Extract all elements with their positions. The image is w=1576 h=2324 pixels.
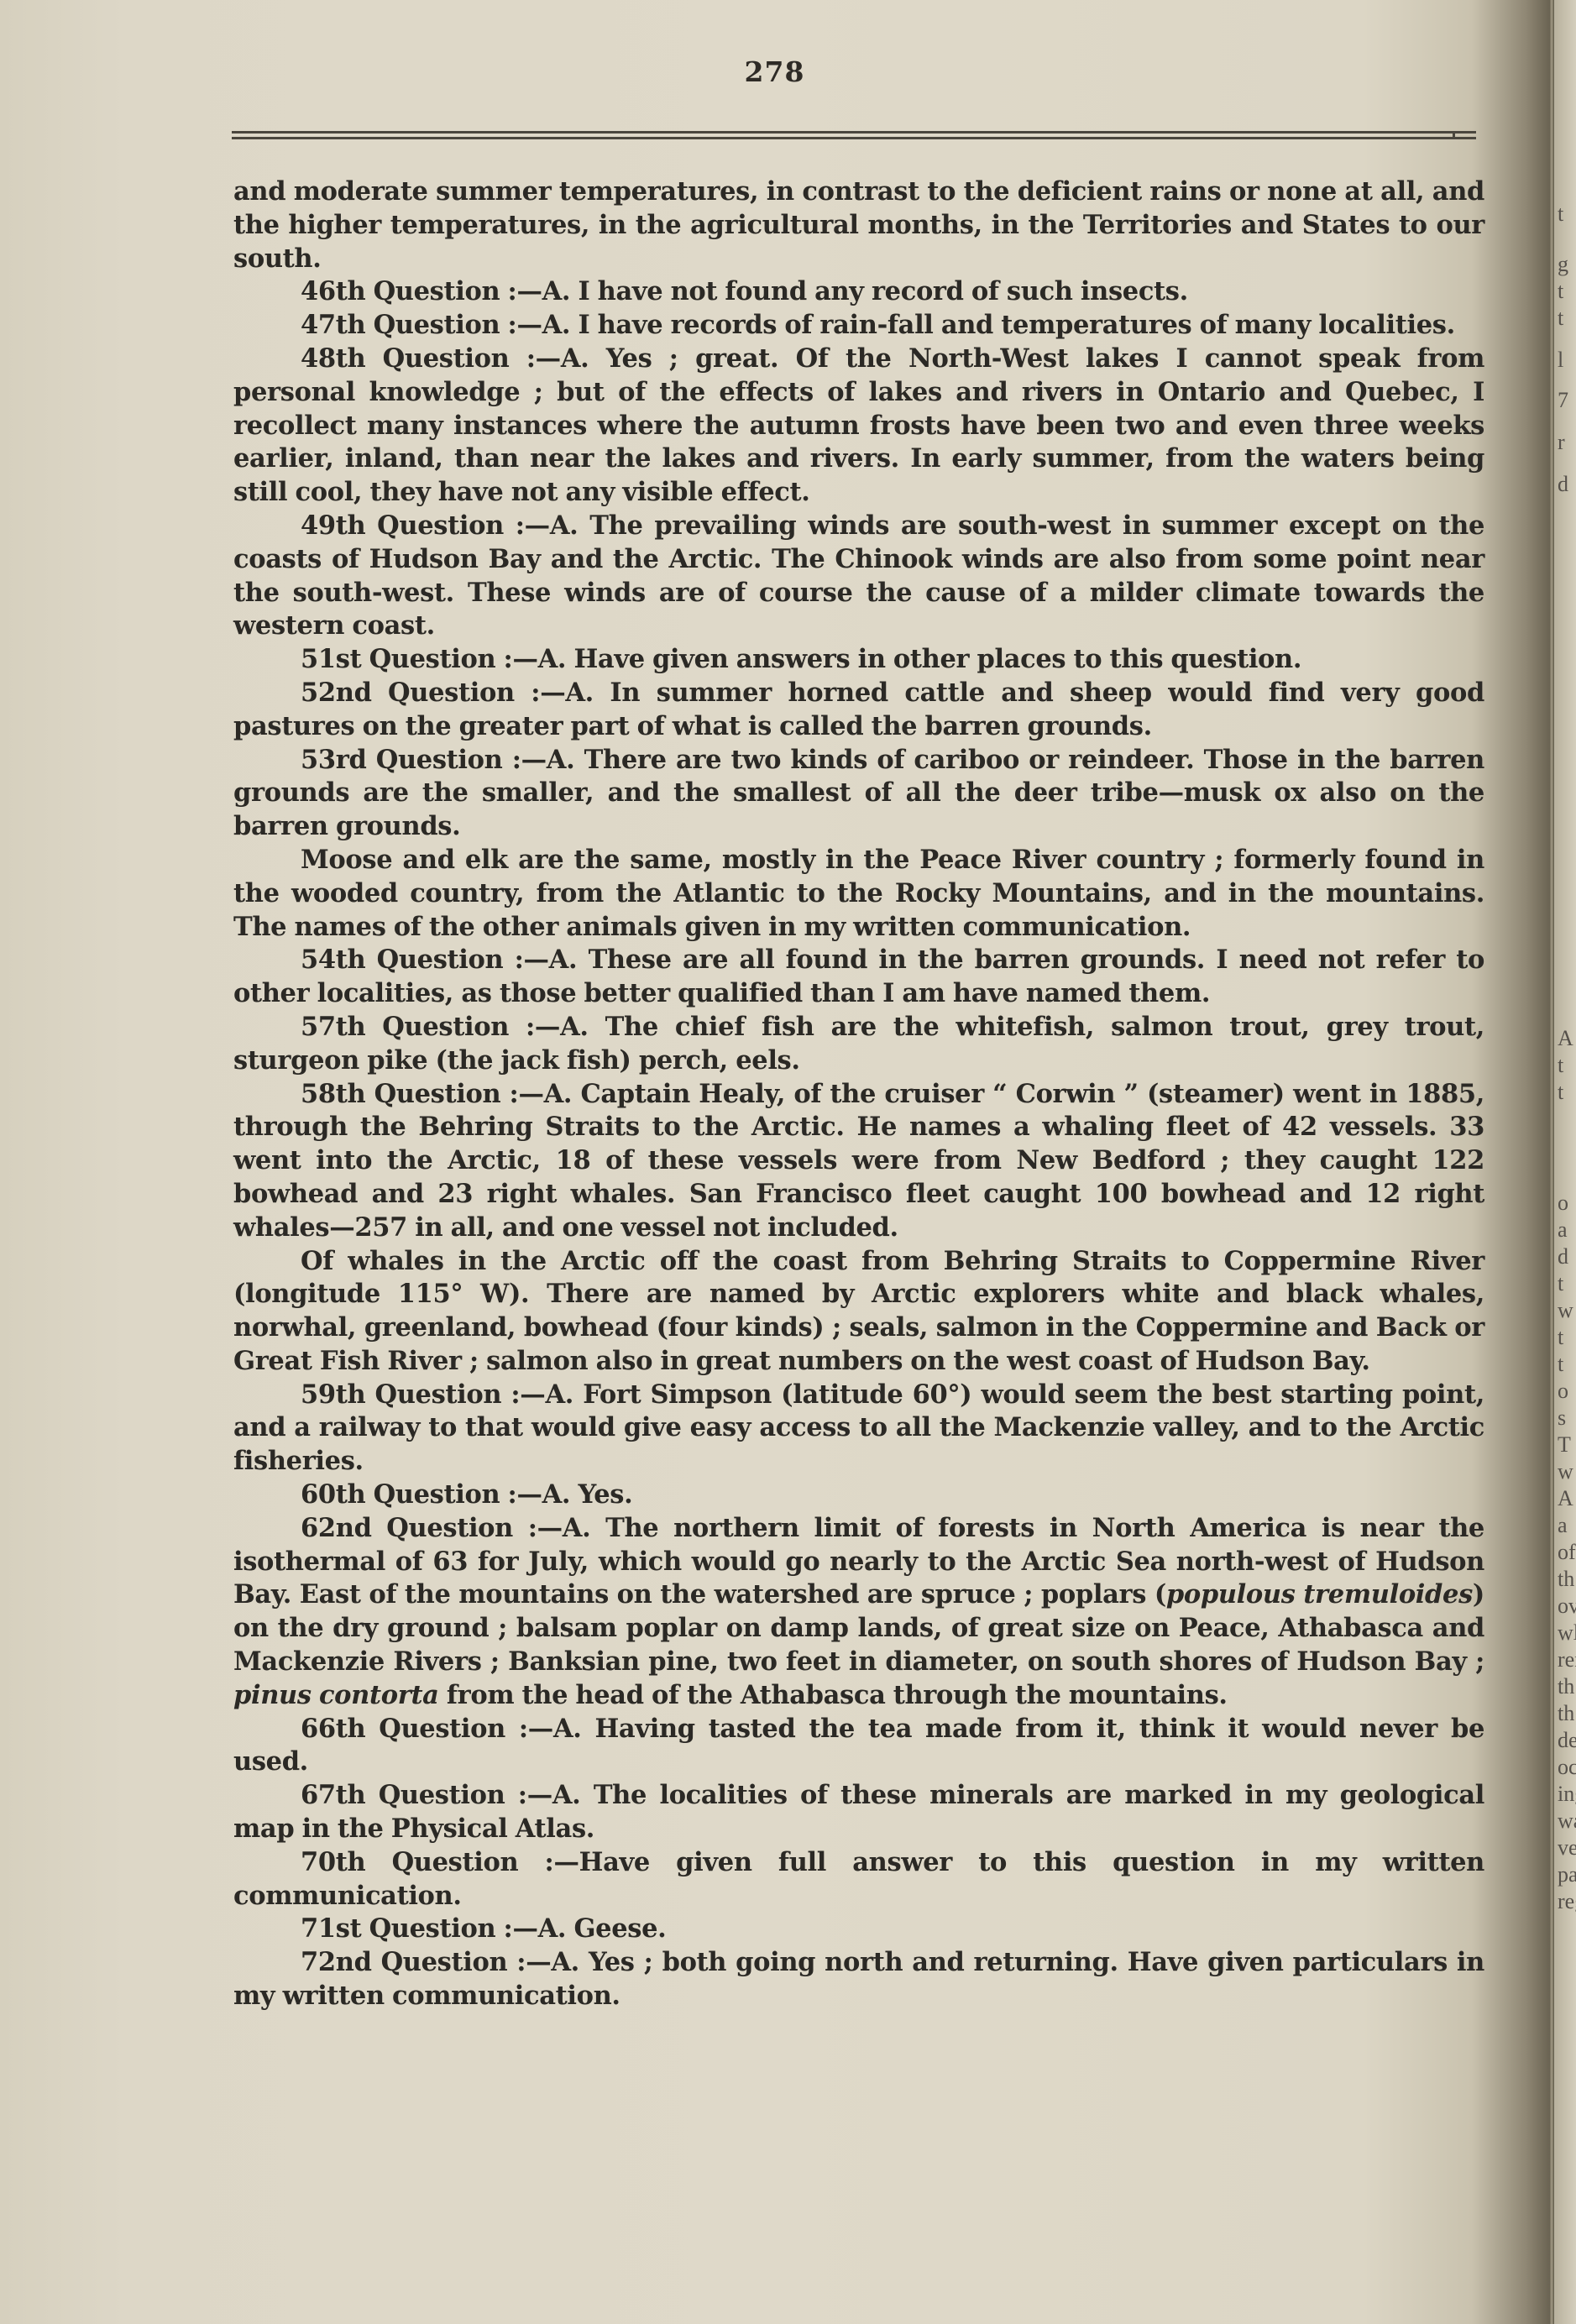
adjacent-page-text-fragment: t xyxy=(1558,1271,1563,1296)
adjacent-page-edge: tgttl7rdAttoadtwttosTwAaofthovwlrerththd… xyxy=(1554,0,1576,2324)
paragraph: 47th Question :—A. I have records of rai… xyxy=(233,309,1484,343)
paragraph: 59th Question :—A. Fort Simpson (latitud… xyxy=(233,1379,1484,1479)
adjacent-page-text-fragment: of xyxy=(1558,1540,1576,1565)
adjacent-page-text-fragment: t xyxy=(1558,306,1563,331)
paragraph: 51st Question :—A. Have given answers in… xyxy=(233,643,1484,677)
paragraph: 72nd Question :—A. Yes ; both going nort… xyxy=(233,1946,1484,2013)
paragraph: 48th Question :—A. Yes ; great. Of the N… xyxy=(233,343,1484,510)
adjacent-page-text-fragment: oc xyxy=(1558,1755,1576,1780)
adjacent-page-text-fragment: w xyxy=(1558,1459,1573,1484)
paragraph: 46th Question :—A. I have not found any … xyxy=(233,275,1484,309)
paragraph: 60th Question :—A. Yes. xyxy=(233,1479,1484,1512)
italic-species-name: pinus contorta xyxy=(233,1680,439,1710)
adjacent-page-text-fragment: d xyxy=(1558,1244,1568,1269)
adjacent-page-text-fragment: t xyxy=(1558,1325,1563,1350)
adjacent-page-text-fragment: a xyxy=(1558,1217,1568,1243)
adjacent-page-text-fragment: o xyxy=(1558,1379,1568,1404)
adjacent-page-text-fragment: A xyxy=(1558,1486,1573,1511)
paragraph-text: from the head of the Athabasca through t… xyxy=(439,1680,1228,1710)
page-number: 278 xyxy=(0,55,1549,88)
paragraph: Of whales in the Arctic off the coast fr… xyxy=(233,1245,1484,1379)
adjacent-page-text-fragment: g xyxy=(1558,252,1568,277)
body-text: and moderate summer temperatures, in con… xyxy=(233,175,1484,2013)
adjacent-page-text-fragment: o xyxy=(1558,1191,1568,1216)
adjacent-page-text-fragment: a xyxy=(1558,1513,1568,1538)
adjacent-page-text-fragment: de xyxy=(1558,1728,1576,1753)
adjacent-page-text-fragment: A xyxy=(1558,1026,1573,1051)
italic-species-name: populous tremuloides xyxy=(1166,1579,1473,1610)
adjacent-page-text-fragment: 7 xyxy=(1558,388,1568,413)
paragraph: 53rd Question :—A. There are two kinds o… xyxy=(233,744,1484,844)
paragraph: 70th Question :—Have given full answer t… xyxy=(233,1846,1484,1913)
paragraph: 57th Question :—A. The chief fish are th… xyxy=(233,1011,1484,1078)
adjacent-page-text-fragment: pa xyxy=(1558,1862,1576,1887)
paragraph: 49th Question :—A. The prevailing winds … xyxy=(233,510,1484,643)
paragraph: Moose and elk are the same, mostly in th… xyxy=(233,844,1484,944)
adjacent-page-text-fragment: t xyxy=(1558,202,1563,227)
adjacent-page-text-fragment: rer xyxy=(1558,1647,1576,1672)
paragraph: 54th Question :—A. These are all found i… xyxy=(233,944,1484,1011)
paragraph: and moderate summer temperatures, in con… xyxy=(233,175,1484,275)
header-double-rule xyxy=(232,131,1476,139)
adjacent-page-text-fragment: ov xyxy=(1558,1594,1576,1619)
adjacent-page-text-fragment: th xyxy=(1558,1567,1574,1592)
adjacent-page-text-fragment: wl xyxy=(1558,1620,1576,1646)
adjacent-page-text-fragment: w xyxy=(1558,1298,1573,1323)
adjacent-page-text-fragment: s xyxy=(1558,1405,1566,1431)
paragraph: 67th Question :—A. The localities of the… xyxy=(233,1779,1484,1846)
adjacent-page-text-fragment: ing xyxy=(1558,1782,1576,1807)
adjacent-page-text-fragment: d xyxy=(1558,472,1568,497)
header-rule-end-mark xyxy=(1453,131,1476,139)
paragraph: 62nd Question :—A. The northern limit of… xyxy=(233,1512,1484,1713)
adjacent-page-text-fragment: wa xyxy=(1558,1808,1576,1834)
paragraph: 71st Question :—A. Geese. xyxy=(233,1913,1484,1946)
adjacent-page-text-fragment: t xyxy=(1558,279,1563,304)
paragraph: 58th Question :—A. Captain Healy, of the… xyxy=(233,1078,1484,1245)
adjacent-page-text-fragment: r xyxy=(1558,430,1565,455)
adjacent-page-text-fragment: t xyxy=(1558,1080,1563,1105)
paragraph: 52nd Question :—A. In summer horned catt… xyxy=(233,677,1484,744)
adjacent-page-text-fragment: t xyxy=(1558,1053,1563,1078)
adjacent-page-text-fragment: T xyxy=(1558,1432,1571,1458)
adjacent-page-text-fragment: l xyxy=(1558,348,1563,373)
paragraph: 66th Question :—A. Having tasted the tea… xyxy=(233,1713,1484,1780)
adjacent-page-text-fragment: th xyxy=(1558,1701,1574,1726)
adjacent-page-text-fragment: th xyxy=(1558,1674,1574,1699)
adjacent-page-text-fragment: t xyxy=(1558,1352,1563,1377)
adjacent-page-text-fragment: ve xyxy=(1558,1835,1576,1861)
adjacent-page-text-fragment: reg xyxy=(1558,1889,1576,1914)
